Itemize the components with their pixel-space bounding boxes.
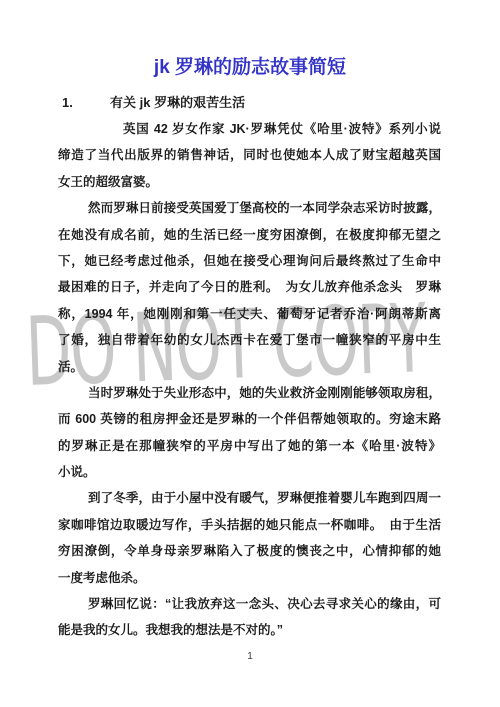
body-line: 然而罗琳日前接受英国爱丁堡高校的一本同学杂志采访时披露， [58,195,441,221]
body-line: 了婚，独自带着年幼的女儿杰西卡在爱丁堡市一幢狭窄的平房中生 [58,327,441,353]
body-line: 穷困潦倒，令单身母亲罗琳陷入了极度的懊丧之中，心情抑郁的她 [58,538,441,564]
body-line: 能是我的女儿。我想我的想法是不对的。” [58,617,441,643]
body-line: 罗琳回忆说：“让我放弃这一念头、决心去寻求关心的缘由，可 [58,591,441,617]
body-line: 女王的超级富婆。 [58,169,441,195]
section-heading-number: 1. [58,95,110,110]
section-heading-label: 有关 jk 罗琳的艰苦生活 [110,95,245,110]
body-line: 在她没有成名前，她的生活已经一度穷困潦倒，在极度抑郁无望之 [58,222,441,248]
document-body: 英国 42 岁女作家 JK·罗琳凭仗《哈里·波特》系列小说 缔造了当代出版界的销… [58,116,441,644]
body-line: 小说。 [58,459,441,485]
body-line: 下，她已经考虑过他杀，但她在接受心理询问后最终熬过了生命中 [58,248,441,274]
document-title: jk 罗琳的励志故事简短 [0,55,500,81]
section-heading: 1. 有关 jk 罗琳的艰苦生活 [58,95,441,110]
document-text-layer: jk 罗琳的励志故事简短 1. 有关 jk 罗琳的艰苦生活 英国 42 岁女作家… [0,0,500,707]
body-line: 最困难的日子，并走向了今日的胜利。 为女儿放弃他杀念头 罗琳 [58,274,441,300]
body-line: 家咖啡馆边取暖边写作，手头拮据的她只能点一杯咖啡。 由于生活 [58,512,441,538]
body-line: 一度考虑他杀。 [58,565,441,591]
body-line: 当时罗琳处于失业形态中，她的失业救济金刚刚能够领取房租， [58,380,441,406]
page-number: 1 [0,650,500,664]
body-line: 的罗琳正是在那幢狭窄的平房中写出了她的第一本《哈里·波特》 [58,433,441,459]
body-line: 而 600 英镑的租房押金还是罗琳的一个伴侣帮她领取的。穷途末路 [58,406,441,432]
body-line: 缔造了当代出版界的销售神话，同时也使她本人成了财宝超越英国 [58,142,441,168]
document-page: DO NOT COPY jk 罗琳的励志故事简短 1. 有关 jk 罗琳的艰苦生… [0,0,500,707]
body-line: 英国 42 岁女作家 JK·罗琳凭仗《哈里·波特》系列小说 [58,116,441,142]
body-line: 到了冬季，由于小屋中没有暖气，罗琳便推着婴儿车跑到四周一 [58,485,441,511]
body-line: 称，1994 年，她刚刚和第一任丈夫、葡萄牙记者乔治·阿朗蒂斯离 [58,301,441,327]
body-line: 活。 [58,354,441,380]
